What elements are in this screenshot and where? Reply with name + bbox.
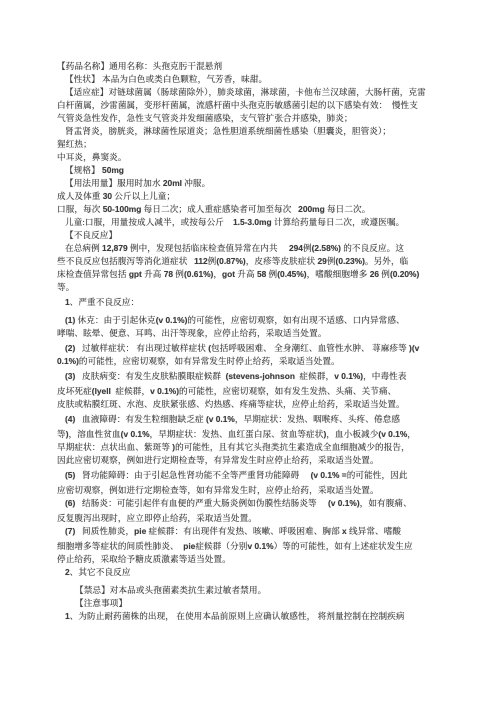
emphasized-value: pie	[134, 526, 146, 536]
document-line: 口服，每次 50-100mg 每日二次；成人重症感染者可加至每次 200mg 每…	[57, 203, 449, 216]
emphasized-value: 30	[103, 191, 112, 201]
emphasized-value: pie	[183, 541, 195, 551]
emphasized-value: (1)	[65, 315, 75, 325]
document-page: 【药品名称】通用名称：头孢克肟干混悬剂【性状】 本品为白色或类白色颗粒，气芳香，…	[0, 0, 500, 708]
emphasized-value: (3)	[65, 371, 75, 381]
emphasized-value: 1.5-3.0mg	[233, 217, 272, 227]
document-line: 早期症状：点状出血、紫斑等 )的可能性，且有其它头孢类抗生素造成全血细胞减少的报…	[57, 441, 449, 454]
document-line: 中耳炎，鼻窦炎。	[57, 151, 449, 164]
emphasized-value: (v 0.1% =	[311, 470, 347, 480]
emphasized-value: x	[342, 526, 347, 536]
emphasized-value: (v 0.1%	[206, 414, 235, 424]
document-line: 猩红热；	[57, 138, 449, 151]
emphasized-value: (2)	[65, 343, 75, 353]
emphasized-value: (v 0.1%)	[156, 315, 188, 325]
emphasized-value: (6)	[65, 498, 75, 508]
document-line: 反复腹泻出现时，应立即停止给药，采取适当处置。	[57, 512, 449, 525]
document-line: 1、严重不良反应：	[57, 296, 449, 309]
document-line: 等)，溶血性贫血(v 0.1%，早期症状：发热、血红蛋白尿、贫血等症状)，血小板…	[57, 428, 449, 441]
document-line: (1) 休克：由于引起休克(v 0.1%)的可能性，应密切观察，如有出现不适感、…	[57, 314, 449, 327]
emphasized-value: v 0.1%)	[150, 386, 179, 396]
document-line: 床检查值异常包括 gpt 升高 78 例(0.61%)，got 升高 58 例(…	[57, 268, 449, 281]
emphasized-value: v 0.1%	[248, 541, 274, 551]
emphasized-value: 50mg	[102, 165, 124, 175]
document-line: (5) 肾功能障碍：由于引起急性肾功能不全等严重肾功能障碍 (v 0.1% =的…	[57, 469, 449, 482]
document-line: (7) 间质性肺炎，pie 症候群：有出现伴有发热、咳嗽、呼吸困难、胸部 x 线…	[57, 525, 449, 538]
emphasized-value: (2.58%)	[312, 243, 341, 253]
document-line: 在总病例 12,879 例中，发现包括临床检查值异常在内共 294例(2.58%…	[57, 242, 449, 255]
document-line: 皮肤或粘膜红斑、水泡、皮肤紧张感、灼热感、疼痛等症状，应停止给药，采取适当处置。	[57, 398, 449, 411]
emphasized-value: (	[208, 343, 211, 353]
emphasized-value: 294	[289, 243, 303, 253]
emphasized-value: )	[172, 442, 175, 452]
document-line: 【注意事项】	[57, 597, 449, 610]
document-line: 成人及体重 30 公斤以上儿童；	[57, 190, 449, 203]
document-line: 儿童:口服，用量按成人减半，或按每公斤 1.5-3.0mg 计算给药量每日二次，…	[57, 216, 449, 229]
emphasized-value: )(v	[409, 343, 419, 353]
drug-leaflet-text: 【药品名称】通用名称：头孢克肟干混悬剂【性状】 本品为白色或类白色颗粒，气芳香，…	[57, 60, 449, 623]
emphasized-value: (0.87%)	[216, 256, 245, 266]
document-line: 2、其它不良反应	[57, 566, 449, 579]
document-line: 白杆菌属，沙雷菌属，变形杆菌属，流感杆菌中头孢克肟敏感菌引起的以下感染有效： 慢…	[57, 99, 449, 112]
document-line: 肾盂肾炎，膀胱炎，淋球菌性尿道炎；急性胆道系统细菌性感染（胆囊炎，胆管炎）；	[57, 125, 449, 138]
emphasized-value: (7)	[65, 526, 75, 536]
emphasized-value: (0.61%)	[184, 269, 213, 279]
document-line: 些不良反应包括腹泻等消化道症状 112例(0.87%)，皮疹等皮肤症状 29例(…	[57, 255, 449, 268]
emphasized-value: 112	[194, 256, 208, 266]
emphasized-value: (v 0.1%	[378, 429, 407, 439]
document-line: 细胞增多等症状的间质性肺炎、 pie症候群（分别v 0.1%）等的可能性，如有上…	[57, 540, 449, 553]
emphasized-value: (v 0.1%)	[328, 498, 360, 508]
document-line: 停止给药，采取给予糖皮质激素等适当处置。	[57, 553, 449, 566]
emphasized-value: )	[66, 429, 69, 439]
emphasized-value: 20ml	[163, 178, 182, 188]
emphasized-value: 2	[65, 567, 70, 577]
emphasized-value: 50-100mg	[103, 204, 142, 214]
document-line: 应密切观察，例如进行定期检查等，如有异常发生时，应停止给药，采取适当处置。	[57, 484, 449, 497]
emphasized-value: (lyell	[92, 386, 111, 396]
document-line: 0.1%)的可能性，应密切观察，如有异常发生时停止给药，采取适当处置。	[57, 355, 449, 368]
emphasized-value: (4)	[65, 414, 75, 424]
document-line: 【适应症】对链球菌属（肠球菌除外），肺炎球菌，淋球菌，卡他布兰汉球菌，大肠杆菌，…	[57, 86, 449, 99]
document-line: 等。	[57, 281, 449, 294]
emphasized-value: 200mg	[298, 204, 325, 214]
document-line: 【药品名称】通用名称：头孢克肟干混悬剂	[57, 60, 449, 73]
document-line: 皮坏死症(lyell 症候群，v 0.1%)的可能性，应密切观察，如有发生发热、…	[57, 385, 449, 398]
emphasized-value: )	[323, 429, 326, 439]
emphasized-value: 78	[164, 269, 173, 279]
emphasized-value: got	[222, 269, 235, 279]
emphasized-value: 12,879	[102, 243, 128, 253]
document-line: 【不良反应】	[57, 229, 449, 242]
emphasized-value: (0.20%)	[390, 269, 419, 279]
document-line: 1、为防止耐药菌株的出现， 在使用本品前原则上应确认敏感性， 将剂量控制在控制疾…	[57, 610, 449, 623]
document-line: 气管炎急性发作，急性支气管炎并发细菌感染，支气管扩张合并感染，肺炎；	[57, 112, 449, 125]
document-line: 因此应密切观察，例如进行定期检查等，有异常发生时应停止给药，采取适当处置。	[57, 454, 449, 467]
document-line: (6) 结肠炎：可能引起伴有血便的严重大肠炎例如伪膜性结肠炎等 (v 0.1%)…	[57, 497, 449, 510]
emphasized-value: 1	[65, 297, 70, 307]
emphasized-value: (v 0.1%	[121, 429, 150, 439]
emphasized-value: 58	[257, 269, 266, 279]
document-line: 【规格】 50mg	[57, 164, 449, 177]
document-line: 【性状】 本品为白色或类白色颗粒，气芳香，味甜。	[57, 73, 449, 86]
emphasized-value: (5)	[65, 470, 75, 480]
emphasized-value: (stevens-johnson	[226, 371, 295, 381]
emphasized-value: gpt	[129, 269, 142, 279]
emphasized-value: 26	[370, 269, 379, 279]
document-line: 哮喘、眩晕、便意、耳鸣、出汗等现象，应停止给药，采取适当处置。	[57, 327, 449, 340]
emphasized-value: 29	[318, 256, 327, 266]
document-line: (4) 血液障碍：有发生粒细胞缺乏症 (v 0.1%，早期症状：发热、咽喉疼、头…	[57, 413, 449, 426]
document-line: 【用法用量】服用时加水 20ml 冲服。	[57, 177, 449, 190]
emphasized-value: 1	[65, 611, 70, 621]
document-line: 【禁忌】对本品或头孢菌素类抗生素过敏者禁用。	[57, 584, 449, 597]
emphasized-value: (0.23%)	[336, 256, 365, 266]
document-line: (3) 皮肤病变：有发生皮肤粘膜眼症候群 (stevens-johnson 症候…	[57, 370, 449, 383]
emphasized-value: (0.45%)	[277, 269, 306, 279]
emphasized-value: 0.1%)	[57, 356, 79, 366]
document-line: (2) 过敏样症状： 有出现过敏样症状 (包括呼吸困难、 全身潮红、血管性水肿、…	[57, 342, 449, 355]
emphasized-value: v 0.1%)	[334, 371, 363, 381]
